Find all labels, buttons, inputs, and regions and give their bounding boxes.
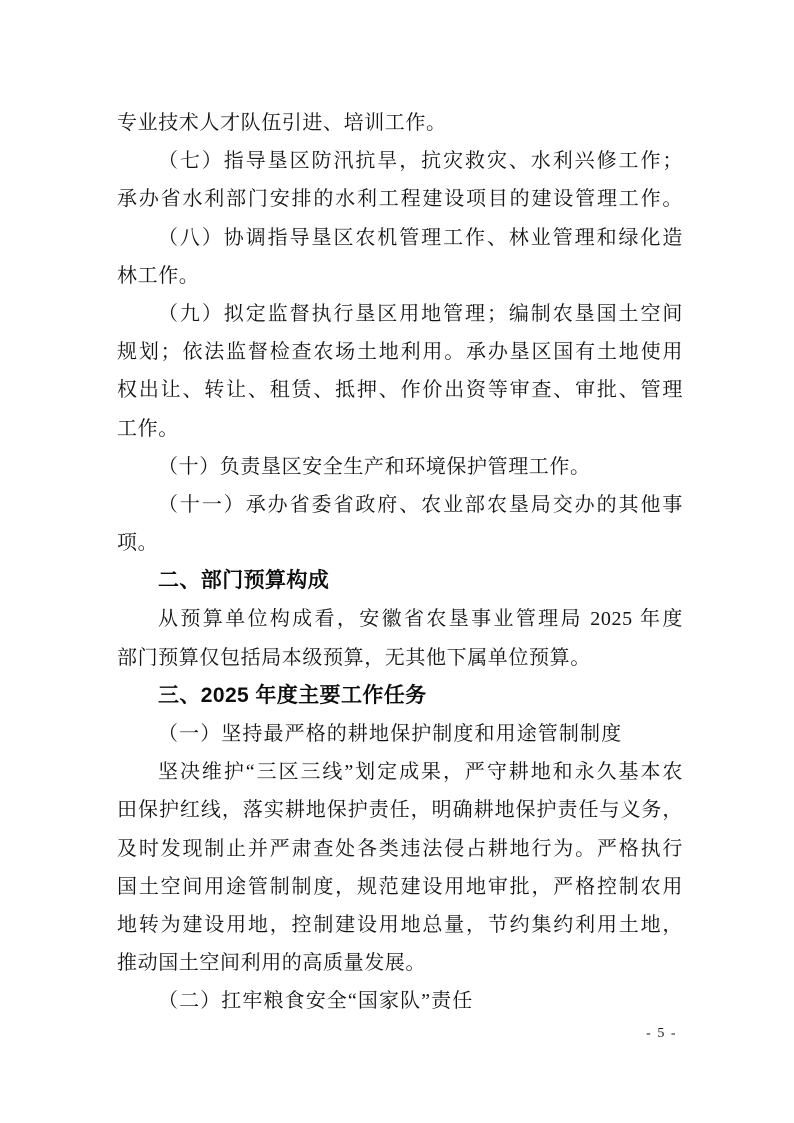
section-heading: 三、2025 年度主要工作任务 xyxy=(117,677,683,715)
text-line: （九）拟定监督执行垦区用地管理；编制农垦国土空间 xyxy=(117,295,683,333)
text-line: 规划；依法监督检查农场土地利用。承办垦区国有土地使用 xyxy=(117,333,683,371)
text-line: 推动国土空间利用的高质量发展。 xyxy=(117,944,683,982)
text-line: 部门预算仅包括局本级预算，无其他下属单位预算。 xyxy=(117,639,683,677)
document-page: 专业技术人才队伍引进、培训工作。 （七）指导垦区防汛抗旱，抗灾救灾、水利兴修工作… xyxy=(0,0,794,1123)
text-line: 林工作。 xyxy=(117,257,683,295)
text-line: （十）负责垦区安全生产和环境保护管理工作。 xyxy=(117,448,683,486)
text-line: 田保护红线，落实耕地保护责任，明确耕地保护责任与义务， xyxy=(117,791,683,829)
text-line: （八）协调指导垦区农机管理工作、林业管理和绿化造 xyxy=(117,219,683,257)
text-line: 项。 xyxy=(117,524,683,562)
text-line: 专业技术人才队伍引进、培训工作。 xyxy=(117,104,683,142)
subsection-heading: （二）扛牢粮食安全“国家队”责任 xyxy=(117,982,683,1020)
text-line: 及时发现制止并严肃查处各类违法侵占耕地行为。严格执行 xyxy=(117,830,683,868)
text-line: 国土空间用途管制制度，规范建设用地审批，严格控制农用 xyxy=(117,868,683,906)
section-heading: 二、部门预算构成 xyxy=(117,562,683,600)
text-line: 工作。 xyxy=(117,410,683,448)
text-line: 地转为建设用地，控制建设用地总量，节约集约利用土地， xyxy=(117,906,683,944)
subsection-heading: （一）坚持最严格的耕地保护制度和用途管制制度 xyxy=(117,715,683,753)
page-number: - 5 - xyxy=(117,1026,677,1042)
text-line: 坚决维护“三区三线”划定成果，严守耕地和永久基本农 xyxy=(117,753,683,791)
text-line: 承办省水利部门安排的水利工程建设项目的建设管理工作。 xyxy=(117,180,683,218)
text-line: （十一）承办省委省政府、农业部农垦局交办的其他事 xyxy=(117,486,683,524)
text-line: （七）指导垦区防汛抗旱，抗灾救灾、水利兴修工作； xyxy=(117,142,683,180)
text-line: 从预算单位构成看，安徽省农垦事业管理局 2025 年度 xyxy=(117,600,683,638)
document-text-block: 专业技术人才队伍引进、培训工作。 （七）指导垦区防汛抗旱，抗灾救灾、水利兴修工作… xyxy=(117,104,683,1021)
text-line: 权出让、转让、租赁、抵押、作价出资等审查、审批、管理 xyxy=(117,371,683,409)
